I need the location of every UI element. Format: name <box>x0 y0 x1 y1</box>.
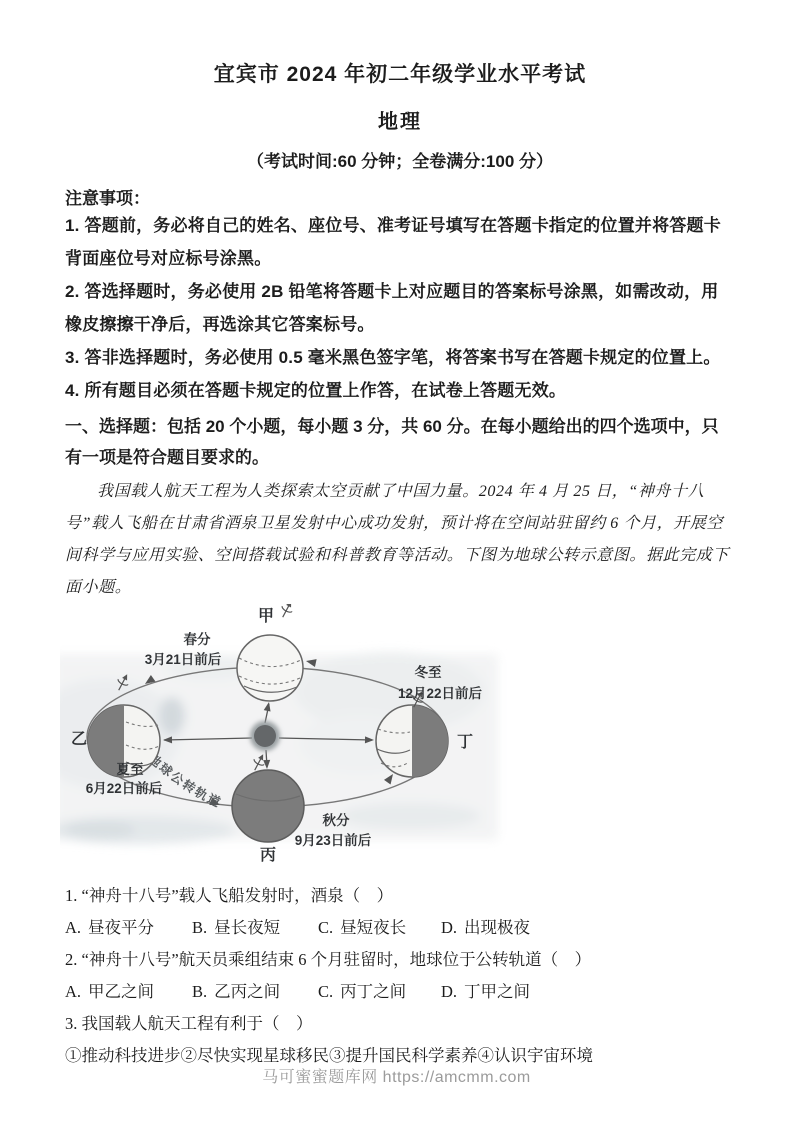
label-point-ding: 丁 <box>457 733 473 751</box>
exam-info: （考试时间:60 分钟；全卷满分:100 分） <box>65 147 735 172</box>
notice-heading: 注意事项： <box>65 184 735 209</box>
subject-title: 地理 <box>65 105 735 134</box>
label-date-autumn: 9月23日前后 <box>295 832 372 848</box>
notice-item-1: 1. 答题前，务必将自己的姓名、座位号、准考证号填写在答题卡指定的位置并将答题卡… <box>65 209 735 275</box>
sun <box>250 721 280 751</box>
exam-content: 宜宾市 2024 年初二年级学业水平考试 地理 （考试时间:60 分钟；全卷满分… <box>65 0 735 1072</box>
label-season-winter: 冬至 <box>415 664 442 680</box>
option-1a: A.昼夜平分 <box>65 912 192 944</box>
notice-item-4: 4. 所有题目必须在答题卡规定的位置上作答，在试卷上答题无效。 <box>65 374 735 407</box>
notice-item-3: 3. 答非选择题时，务必使用 0.5 毫米黑色签字笔，将答案书写在答题卡规定的位… <box>65 341 735 374</box>
section-heading: 一、选择题：包括 20 个小题，每小题 3 分，共 60 分。在每小题给出的四个… <box>65 411 735 473</box>
earth-revolution-diagram: 地球公转轨道 <box>60 604 510 869</box>
option-1d: D.出现极夜 <box>441 912 735 944</box>
rotation-axis-icon <box>278 604 296 620</box>
question-3: 3. 我国载人航天工程有利于（ ） <box>65 1008 735 1040</box>
label-date-summer: 6月22日前后 <box>86 780 163 796</box>
question-2: 2. “神舟十八号”航天员乘组结束 6 个月驻留时，地球位于公转轨道（ ） <box>65 944 735 976</box>
question-2-options: A.甲乙之间 B.乙丙之间 C.丙丁之间 D.丁甲之间 <box>65 976 735 1008</box>
label-point-jia: 甲 <box>258 607 274 625</box>
footer-site-link[interactable]: 马可蜜蜜题库网 https://amcmm.com <box>262 1069 531 1086</box>
option-1c: C.昼短夜长 <box>318 912 441 944</box>
label-date-spring: 3月21日前后 <box>145 651 222 667</box>
option-2d: D.丁甲之间 <box>441 976 735 1008</box>
page-title: 宜宾市 2024 年初二年级学业水平考试 <box>65 58 735 88</box>
option-2c: C.丙丁之间 <box>318 976 441 1008</box>
option-1b: B.昼长夜短 <box>192 912 318 944</box>
footer: 马可蜜蜜题库网 https://amcmm.com <box>0 1064 793 1087</box>
option-2b: B.乙丙之间 <box>192 976 318 1008</box>
label-season-summer: 夏至 <box>117 761 144 777</box>
reading-passage: 我国载人航天工程为人类探索太空贡献了中国力量。2024 年 4 月 25 日，“… <box>65 476 735 604</box>
label-season-spring: 春分 <box>184 631 211 647</box>
label-point-bing: 丙 <box>260 846 276 864</box>
notice-item-2: 2. 答选择题时，务必使用 2B 铅笔将答题卡上对应题目的答案标号涂黑，如需改动… <box>65 275 735 341</box>
label-point-yi: 乙 <box>71 730 87 748</box>
exam-page: 宜宾市 2024 年初二年级学业水平考试 地理 （考试时间:60 分钟；全卷满分… <box>0 0 793 1122</box>
question-1: 1. “神舟十八号”载人飞船发射时，酒泉（ ） <box>65 880 735 912</box>
option-2a: A.甲乙之间 <box>65 976 192 1008</box>
label-date-winter: 12月22日前后 <box>398 685 483 701</box>
label-season-autumn: 秋分 <box>323 812 350 828</box>
question-1-options: A.昼夜平分 B.昼长夜短 C.昼短夜长 D.出现极夜 <box>65 912 735 944</box>
